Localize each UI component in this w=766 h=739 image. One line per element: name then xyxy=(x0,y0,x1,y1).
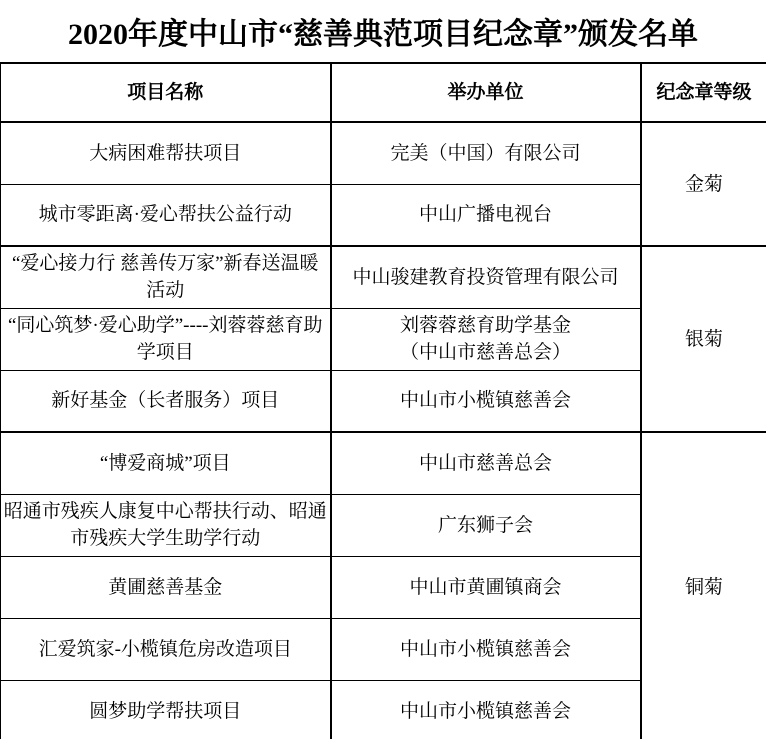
column-header-grade: 纪念章等级 xyxy=(641,63,766,122)
project-cell: 汇爱筑家-小榄镇危房改造项目 xyxy=(1,618,331,680)
project-cell: 圆梦助学帮扶项目 xyxy=(1,680,331,739)
project-cell: 大病困难帮扶项目 xyxy=(1,122,331,184)
organizer-cell: 广东狮子会 xyxy=(331,494,641,556)
awards-table: 项目名称 举办单位 纪念章等级 大病困难帮扶项目 完美（中国）有限公司 金菊 城… xyxy=(0,62,766,739)
table-row: 大病困难帮扶项目 完美（中国）有限公司 金菊 xyxy=(1,122,766,184)
project-cell: 城市零距离·爱心帮扶公益行动 xyxy=(1,184,331,246)
organizer-cell: 中山骏建教育投资管理有限公司 xyxy=(331,246,641,308)
project-cell: “同心筑梦·爱心助学”----刘蓉蓉慈育助学项目 xyxy=(1,308,331,370)
table-row: “博爱商城”项目 中山市慈善总会 铜菊 xyxy=(1,432,766,494)
project-cell: “博爱商城”项目 xyxy=(1,432,331,494)
organizer-cell: 中山市小榄镇慈善会 xyxy=(331,680,641,739)
organizer-cell: 中山市黄圃镇商会 xyxy=(331,556,641,618)
document-page: 2020年度中山市“慈善典范项目纪念章”颁发名单 项目名称 举办单位 纪念章等级… xyxy=(0,0,766,739)
organizer-cell: 完美（中国）有限公司 xyxy=(331,122,641,184)
project-cell: 新好基金（长者服务）项目 xyxy=(1,370,331,432)
grade-cell: 铜菊 xyxy=(641,432,766,739)
project-cell: 昭通市残疾人康复中心帮扶行动、昭通市残疾大学生助学行动 xyxy=(1,494,331,556)
grade-cell: 金菊 xyxy=(641,122,766,246)
organizer-cell: 中山广播电视台 xyxy=(331,184,641,246)
table-row: “爱心接力行 慈善传万家”新春送温暖活动 中山骏建教育投资管理有限公司 银菊 xyxy=(1,246,766,308)
column-header-project: 项目名称 xyxy=(1,63,331,122)
project-cell: 黄圃慈善基金 xyxy=(1,556,331,618)
organizer-cell: 刘蓉蓉慈育助学基金 （中山市慈善总会） xyxy=(331,308,641,370)
grade-cell: 银菊 xyxy=(641,246,766,432)
header-row: 项目名称 举办单位 纪念章等级 xyxy=(1,63,766,122)
column-header-organizer: 举办单位 xyxy=(331,63,641,122)
organizer-cell: 中山市慈善总会 xyxy=(331,432,641,494)
organizer-cell: 中山市小榄镇慈善会 xyxy=(331,370,641,432)
page-title: 2020年度中山市“慈善典范项目纪念章”颁发名单 xyxy=(0,0,766,62)
organizer-cell: 中山市小榄镇慈善会 xyxy=(331,618,641,680)
project-cell: “爱心接力行 慈善传万家”新春送温暖活动 xyxy=(1,246,331,308)
